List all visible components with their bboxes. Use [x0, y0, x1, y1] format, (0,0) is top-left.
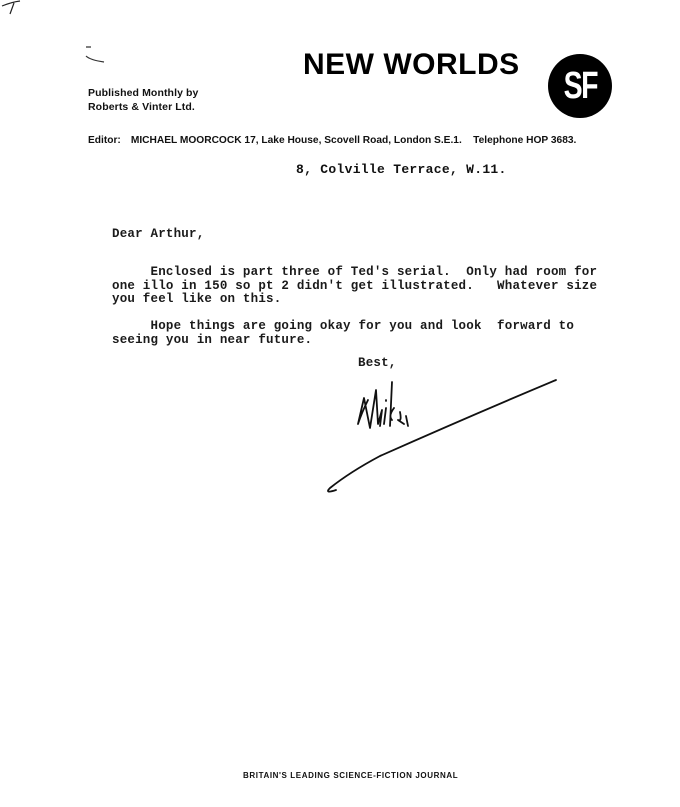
sender-address: 8, Colville Terrace, W.11.: [296, 162, 507, 177]
letter-paragraph: Hope things are going okay for you and l…: [112, 320, 574, 347]
salutation: Dear Arthur,: [112, 228, 204, 242]
editor-line: Editor:MICHAEL MOORCOCK 17, Lake House, …: [88, 135, 576, 146]
masthead-title: NEW WORLDS: [303, 48, 520, 82]
footer-tagline: BRITAIN'S LEADING SCIENCE-FICTION JOURNA…: [243, 771, 458, 780]
signature-mike: [320, 370, 560, 500]
editor-label: Editor:: [88, 135, 121, 146]
publisher-line: Roberts & Vinter Ltd.: [88, 100, 199, 114]
publisher-line: Published Monthly by: [88, 86, 199, 100]
publisher-info: Published Monthly by Roberts & Vinter Lt…: [88, 86, 199, 114]
letter-paragraph: Enclosed is part three of Ted's serial. …: [112, 266, 597, 307]
logo-text: SF: [563, 65, 596, 108]
editor-details: MICHAEL MOORCOCK 17, Lake House, Scovell…: [131, 135, 462, 146]
telephone: Telephone HOP 3683.: [473, 135, 576, 146]
scan-artifact: [80, 42, 110, 66]
sf-logo-icon: SF: [548, 54, 612, 118]
closing: Best,: [358, 357, 397, 371]
scan-artifact: [0, 0, 30, 30]
